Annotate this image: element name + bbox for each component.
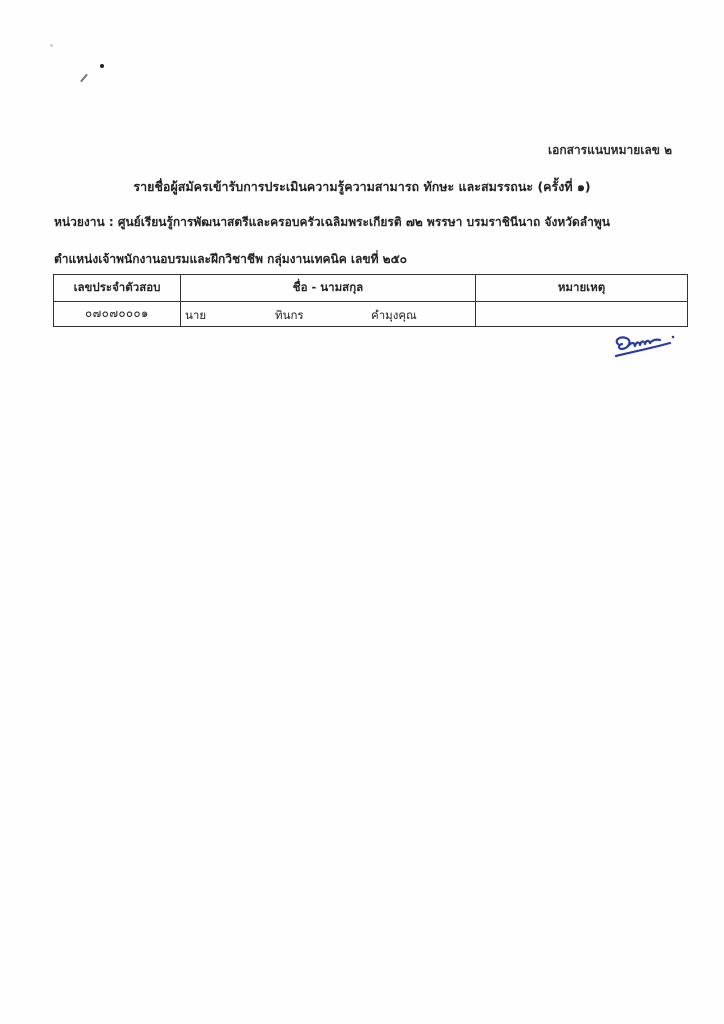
signature-icon <box>608 330 688 362</box>
agency-line: หน่วยงาน : ศูนย์เรียนรู้การพัฒนาสตรีและค… <box>54 213 610 232</box>
candidate-table: เลขประจำตัวสอบ ชื่อ - นามสกุล หมายเหตุ ๐… <box>53 274 688 327</box>
table-header-row: เลขประจำตัวสอบ ชื่อ - นามสกุล หมายเหตุ <box>54 275 688 302</box>
scan-speck <box>50 44 53 47</box>
first-name: ทินกร <box>275 307 304 325</box>
cell-full-name: นาย ทินกร คำมุงคุณ <box>181 302 476 327</box>
document-page: เอกสารแนบหมายเลข ๒ รายชื่อผู้สมัครเข้ารั… <box>0 0 724 1024</box>
header-exam-id: เลขประจำตัวสอบ <box>54 275 181 302</box>
cell-remarks <box>476 302 688 327</box>
header-remarks: หมายเหตุ <box>476 275 688 302</box>
position-line: ตำแหน่งเจ้าพนักงานอบรมและฝึกวิชาชีพ กลุ่… <box>54 250 407 269</box>
attachment-reference: เอกสารแนบหมายเลข ๒ <box>548 141 672 160</box>
scan-speck <box>100 64 104 68</box>
scan-speck <box>80 74 88 83</box>
last-name: คำมุงคุณ <box>371 307 417 325</box>
table-row: ๐๗๐๗๐๐๐๑ นาย ทินกร คำมุงคุณ <box>54 302 688 327</box>
header-full-name: ชื่อ - นามสกุล <box>181 275 476 302</box>
cell-exam-id: ๐๗๐๗๐๐๐๑ <box>54 302 181 327</box>
name-prefix: นาย <box>185 307 206 325</box>
document-title: รายชื่อผู้สมัครเข้ารับการประเมินความรู้ค… <box>0 177 724 197</box>
